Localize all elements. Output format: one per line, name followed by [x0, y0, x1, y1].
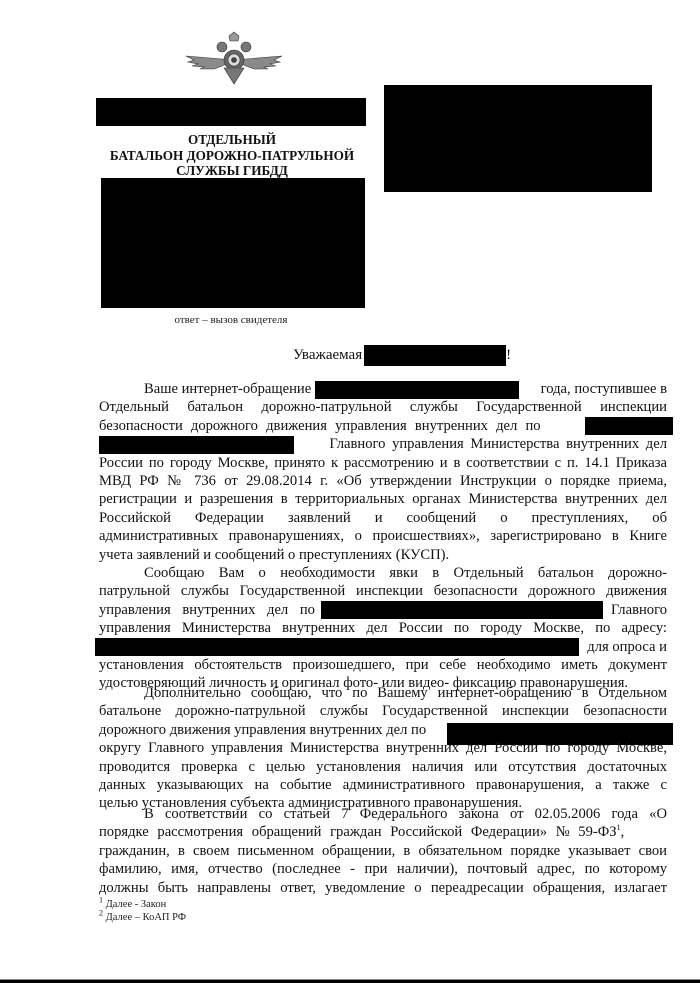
redacted-district	[321, 601, 603, 619]
paragraph-3: Дополнительно сообщаю, что по Вашему инт…	[99, 684, 667, 813]
salutation-prefix: Уважаемая	[293, 347, 362, 363]
paragraph-4: В соответствии со статьей 7 Федерального…	[99, 805, 667, 897]
salutation-suffix: !	[506, 347, 511, 363]
footnotes: 1 Далее - Закон 2 Далее – КоАП РФ	[99, 899, 186, 924]
salutation: Уважаемая!	[293, 345, 511, 366]
redacted-header-top	[96, 98, 366, 126]
redacted-address-block	[101, 178, 365, 308]
org-name-line: СЛУЖБЫ ГИБДД	[97, 163, 367, 179]
organization-name: ОТДЕЛЬНЫЙ БАТАЛЬОН ДОРОЖНО-ПАТРУЛЬНОЙ СЛ…	[97, 132, 367, 179]
paragraph-2: Сообщаю Вам о необходимости явки в Отдел…	[99, 564, 667, 693]
letter-page: ОТДЕЛЬНЫЙ БАТАЛЬОН ДОРОЖНО-ПАТРУЛЬНОЙ СЛ…	[0, 0, 700, 983]
redacted-date	[315, 381, 519, 399]
org-name-line: ОТДЕЛЬНЫЙ	[97, 132, 367, 148]
redacted-district-name	[99, 436, 294, 454]
footnote: 2 Далее – КоАП РФ	[99, 912, 186, 925]
footnote: 1 Далее - Закон	[99, 899, 186, 912]
page-bottom-border	[0, 979, 700, 983]
paragraph-1: Ваше интернет-обращение года, поступивше…	[99, 380, 667, 564]
letter-subject: ответ – вызов свидетеля	[100, 314, 362, 326]
eagle-emblem-icon	[178, 30, 290, 86]
redacted-address	[95, 638, 579, 656]
redacted-recipient-name	[364, 345, 506, 366]
redacted-recipient-block	[384, 85, 652, 192]
redacted-district	[585, 417, 673, 435]
org-name-line: БАТАЛЬОН ДОРОЖНО-ПАТРУЛЬНОЙ	[97, 148, 367, 164]
